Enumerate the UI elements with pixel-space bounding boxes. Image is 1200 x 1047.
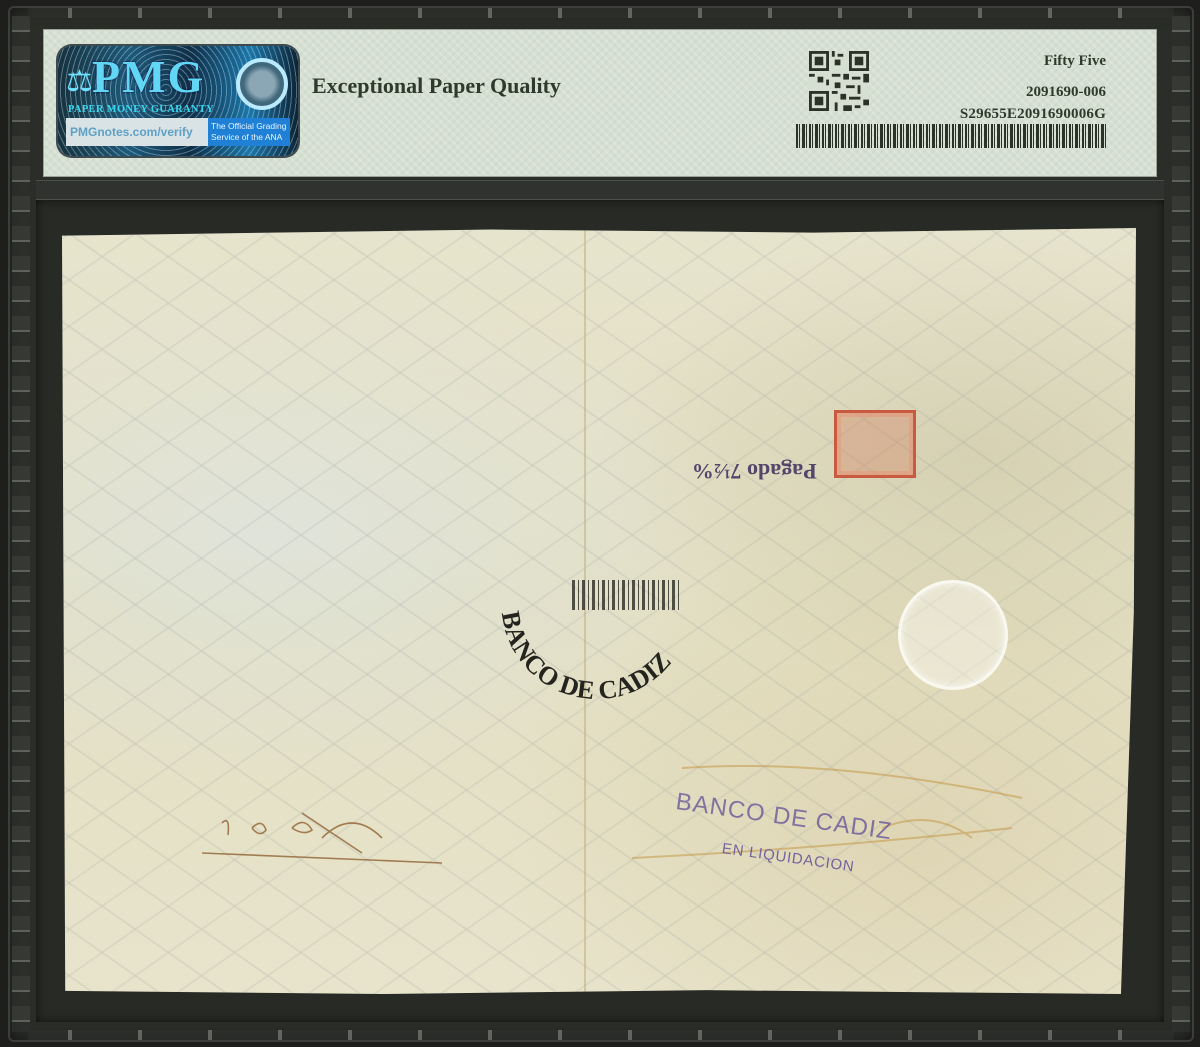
payment-stamp: Pagado 7½% — [692, 458, 817, 484]
holder-edge-left — [12, 16, 30, 1032]
pmg-hologram: ⚖ PMG PAPER MONEY GUARANTY PMGnotes.com/… — [58, 46, 298, 156]
barcode-text: S29655E2091690006G — [960, 106, 1106, 123]
red-revenue-stamp — [834, 410, 916, 478]
pmg-tagline: PAPER MONEY GUARANTY — [68, 104, 214, 115]
hologram-seal-icon — [236, 58, 288, 110]
holder-edge-bottom — [28, 1030, 1174, 1040]
qr-code-icon — [808, 51, 870, 111]
grade-text: Fifty Five — [1044, 53, 1106, 70]
barcode-icon — [796, 124, 1106, 148]
ana-statement: The Official Grading Service of the ANA — [208, 118, 290, 146]
pmg-logo: PMG — [92, 50, 205, 103]
verify-url[interactable]: PMGnotes.com/verify — [66, 118, 208, 146]
holder-edge-top — [28, 8, 1174, 18]
grading-label: ⚖ PMG PAPER MONEY GUARANTY PMGnotes.com/… — [44, 30, 1156, 176]
oval-bank-stamp: BANCO DE CADIZ — [472, 573, 712, 773]
banknote: Pagado 7½% BANCO DE CADIZ BANCO DE CADIZ… — [62, 228, 1136, 994]
holder-rail — [36, 180, 1164, 200]
handwritten-signature — [182, 768, 522, 908]
oval-stamp-text: BANCO DE CADIZ — [496, 609, 677, 706]
scales-icon: ⚖ — [66, 64, 93, 99]
grade-designation: Exceptional Paper Quality — [312, 73, 561, 99]
ana-line-1: The Official Grading — [211, 121, 286, 131]
cert-number: 2091690-006 — [1026, 84, 1106, 101]
holder-edge-right — [1172, 16, 1190, 1032]
ana-line-2: Service of the ANA — [211, 132, 282, 142]
embossed-seal — [898, 580, 1008, 690]
